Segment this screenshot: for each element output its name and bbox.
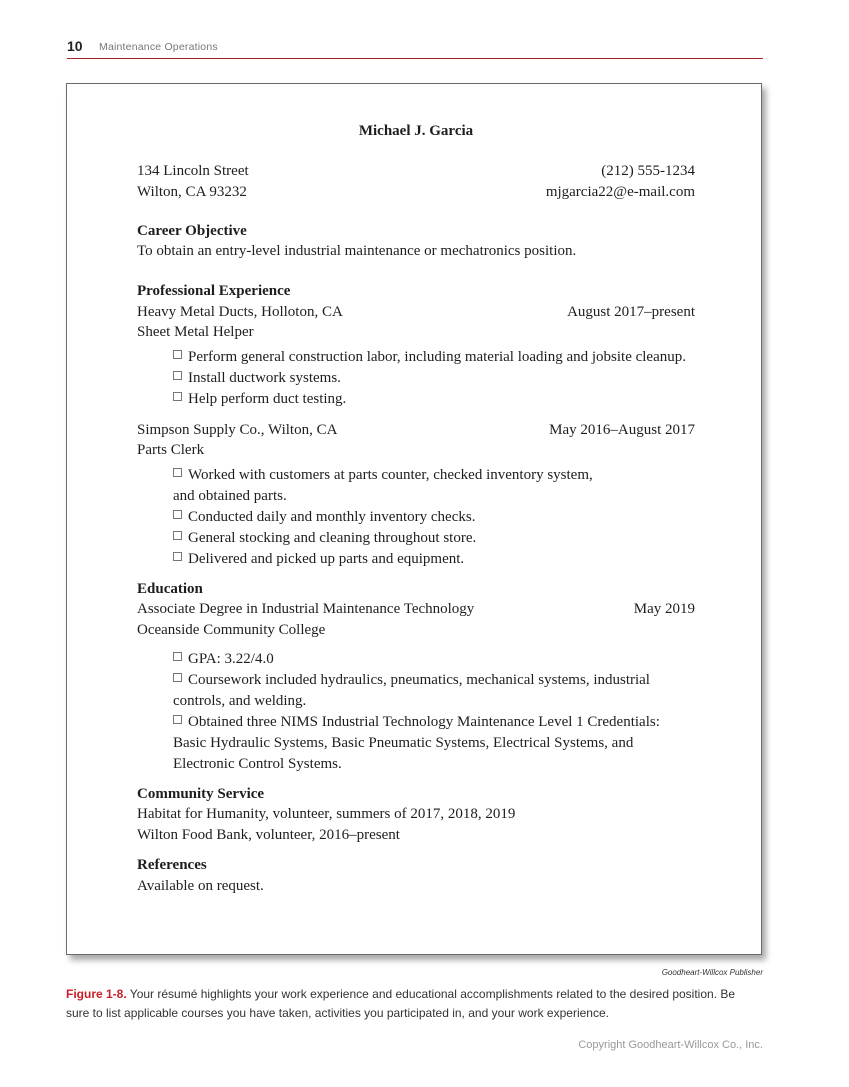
resume-figure: Michael J. Garcia 134 Lincoln Street (21… [66, 83, 762, 955]
bullet-item: General stocking and cleaning throughout… [173, 528, 695, 549]
job-employer: Heavy Metal Ducts, Holloton, CA [137, 302, 343, 322]
objective-text: To obtain an entry-level industrial main… [137, 241, 695, 261]
figure-credit: Goodheart-Willcox Publisher [662, 968, 763, 977]
section-heading-objective: Career Objective [137, 221, 695, 241]
job-dates: May 2016–August 2017 [549, 420, 695, 440]
bullet-text: Perform general construction labor, incl… [188, 349, 686, 365]
chapter-title: Maintenance Operations [99, 41, 218, 53]
section-heading-community: Community Service [137, 784, 695, 804]
community-line: Habitat for Humanity, volunteer, summers… [137, 804, 695, 824]
bullet-text: Electronic Control Systems. [173, 756, 342, 772]
bullet-text: Delivered and picked up parts and equipm… [188, 551, 464, 567]
section-heading-references: References [137, 855, 695, 875]
section-heading-experience: Professional Experience [137, 281, 695, 301]
bullet-text: Help perform duct testing. [188, 391, 346, 407]
page-header: 10 Maintenance Operations [67, 38, 763, 59]
address-line-1: 134 Lincoln Street [137, 161, 249, 181]
degree: Associate Degree in Industrial Maintenan… [137, 599, 474, 619]
address-line-2: Wilton, CA 93232 [137, 182, 247, 202]
square-bullet-icon [173, 652, 182, 661]
school: Oceanside Community College [137, 620, 695, 640]
job-dates: August 2017–present [567, 302, 695, 322]
bullet-item: Perform general construction labor, incl… [173, 347, 695, 368]
degree-date: May 2019 [634, 599, 695, 619]
page-number: 10 [67, 38, 83, 54]
figure-caption-text: Your résumé highlights your work experie… [66, 987, 735, 1020]
square-bullet-icon [173, 715, 182, 724]
bullet-item: Obtained three NIMS Industrial Technolog… [173, 712, 695, 733]
square-bullet-icon [173, 531, 182, 540]
education-header: Associate Degree in Industrial Maintenan… [137, 599, 695, 619]
bullet-item: Worked with customers at parts counter, … [173, 465, 695, 486]
bullet-text: Basic Hydraulic Systems, Basic Pneumatic… [173, 735, 633, 751]
bullet-text: GPA: 3.22/4.0 [188, 651, 274, 667]
bullet-item: Delivered and picked up parts and equipm… [173, 549, 695, 570]
square-bullet-icon [173, 468, 182, 477]
copyright: Copyright Goodheart-Willcox Co., Inc. [578, 1039, 763, 1051]
bullet-item-continuation: Electronic Control Systems. [173, 754, 695, 775]
bullet-item: Install ductwork systems. [173, 368, 695, 389]
contact-row-1: 134 Lincoln Street (212) 555-1234 [137, 161, 695, 181]
bullet-item: Coursework included hydraulics, pneumati… [173, 670, 695, 691]
square-bullet-icon [173, 552, 182, 561]
bullet-text: Obtained three NIMS Industrial Technolog… [188, 714, 660, 730]
bullet-text: and obtained parts. [173, 488, 287, 504]
job-title: Parts Clerk [137, 440, 695, 460]
bullet-item: Help perform duct testing. [173, 389, 695, 410]
square-bullet-icon [173, 392, 182, 401]
job-employer: Simpson Supply Co., Wilton, CA [137, 420, 337, 440]
community-line: Wilton Food Bank, volunteer, 2016–presen… [137, 825, 695, 845]
references-text: Available on request. [137, 876, 695, 896]
bullet-item-continuation: Basic Hydraulic Systems, Basic Pneumatic… [173, 733, 695, 754]
job-2-header: Simpson Supply Co., Wilton, CA May 2016–… [137, 420, 695, 440]
bullet-item: Conducted daily and monthly inventory ch… [173, 507, 695, 528]
contact-row-2: Wilton, CA 93232 mjgarcia22@e-mail.com [137, 182, 695, 202]
square-bullet-icon [173, 350, 182, 359]
bullet-item-continuation: and obtained parts. [173, 486, 695, 507]
bullet-text: Worked with customers at parts counter, … [188, 467, 593, 483]
section-heading-education: Education [137, 579, 695, 599]
job-title: Sheet Metal Helper [137, 322, 695, 342]
bullet-text: controls, and welding. [173, 693, 306, 709]
email: mjgarcia22@e-mail.com [546, 182, 695, 202]
bullet-text: Conducted daily and monthly inventory ch… [188, 509, 475, 525]
square-bullet-icon [173, 673, 182, 682]
figure-label: Figure 1-8. [66, 987, 127, 1001]
resume-name: Michael J. Garcia [137, 123, 695, 140]
bullet-text: Coursework included hydraulics, pneumati… [188, 672, 650, 688]
square-bullet-icon [173, 371, 182, 380]
phone: (212) 555-1234 [601, 161, 695, 181]
job-1-header: Heavy Metal Ducts, Holloton, CA August 2… [137, 302, 695, 322]
bullet-text: General stocking and cleaning throughout… [188, 530, 476, 546]
bullet-item: GPA: 3.22/4.0 [173, 649, 695, 670]
bullet-item-continuation: controls, and welding. [173, 691, 695, 712]
bullet-text: Install ductwork systems. [188, 370, 341, 386]
figure-caption: Figure 1-8. Your résumé highlights your … [66, 985, 756, 1023]
square-bullet-icon [173, 510, 182, 519]
